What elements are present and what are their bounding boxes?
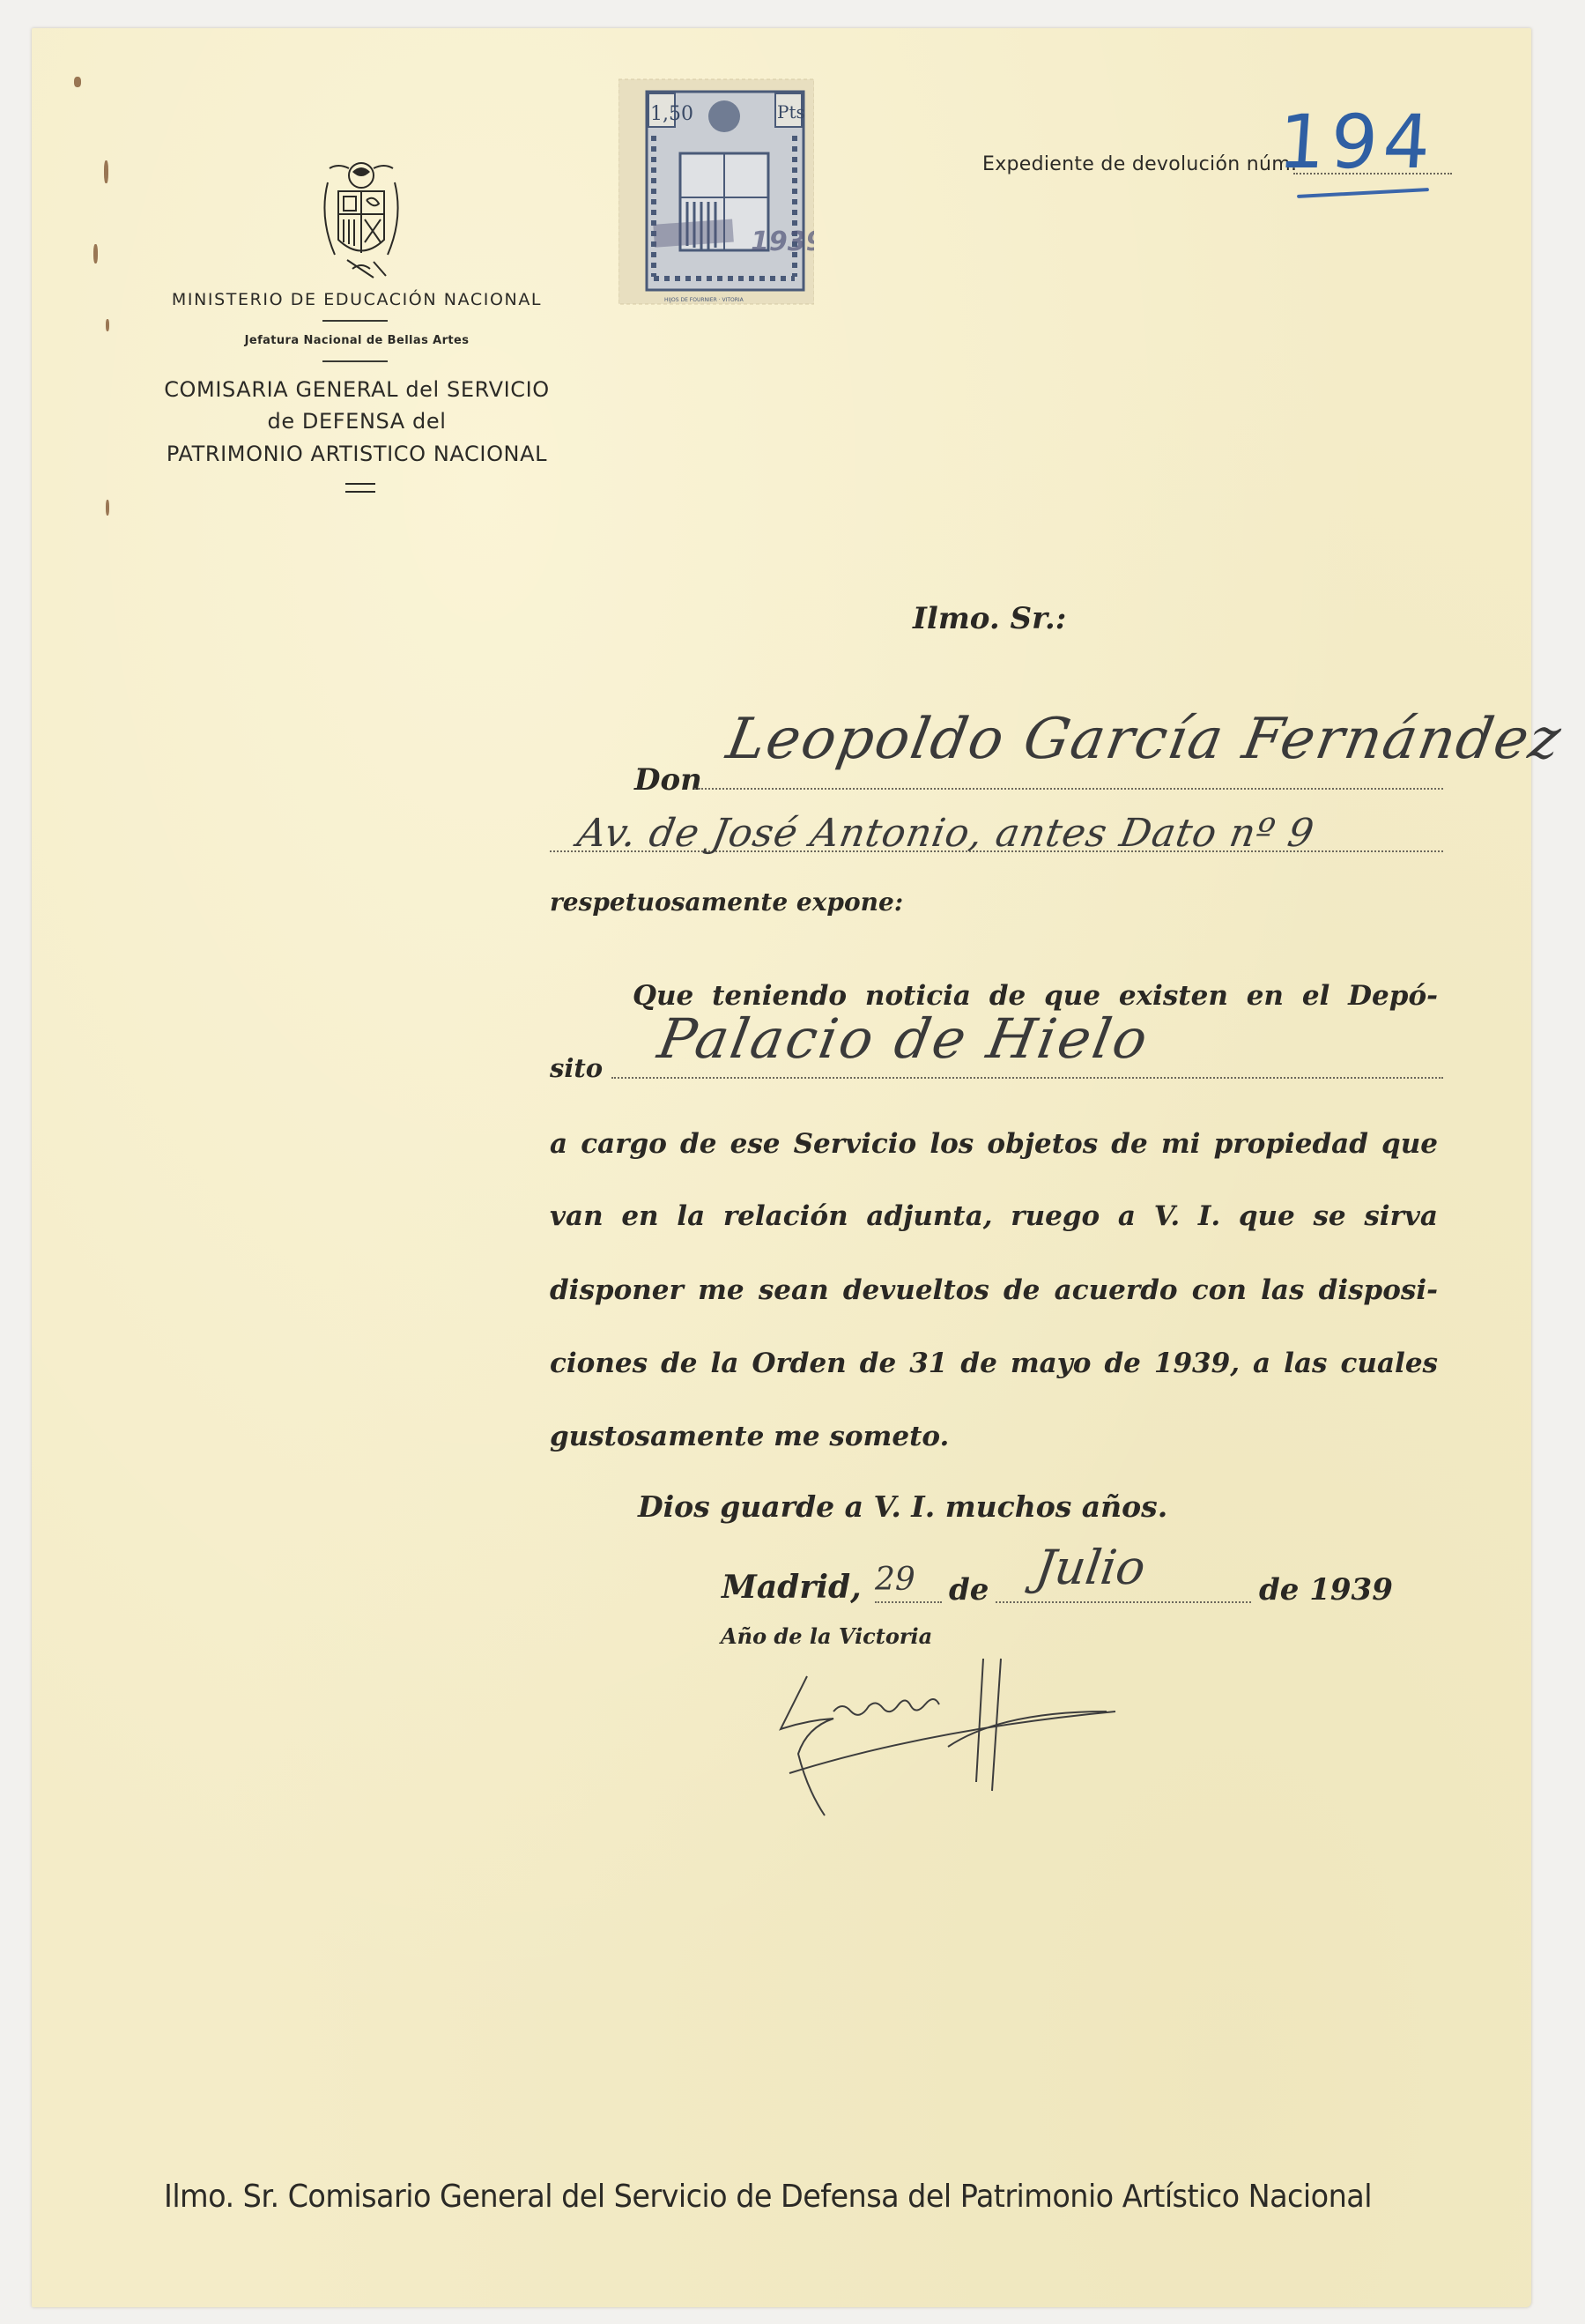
closing-blessing: Dios guarde a V. I. muchos años. (638, 1489, 1167, 1524)
expediente-number: 194 (1276, 99, 1439, 185)
paper-stain (106, 319, 109, 331)
closing-de: de (949, 1572, 989, 1607)
body-line-4: van en la relación adjunta, ruego a V. I… (550, 1200, 1438, 1232)
day-field-line (875, 1601, 942, 1603)
expediente-label: Expediente de devolución núm. (982, 153, 1297, 175)
deposito-name: Palacio de Hielo (654, 1006, 1155, 1071)
body-line-3: a cargo de ese Servicio los objetos de m… (550, 1128, 1438, 1160)
paper-stain (106, 500, 109, 516)
document-page: MINISTERIO DE EDUCACIÓN NACIONAL Jefatur… (32, 28, 1531, 2307)
svg-text:Leopoldo G. F.: Leopoldo G. F. (772, 1650, 857, 1653)
signature: Leopoldo G. F. (772, 1650, 1124, 1826)
salutation: Ilmo. Sr.: (913, 601, 1066, 636)
month-field-line (996, 1601, 1251, 1603)
paper-stain (74, 77, 81, 87)
divider (322, 320, 388, 322)
sito-label: sito (550, 1053, 603, 1083)
coat-of-arms-icon (312, 156, 411, 284)
closing-city: Madrid, (722, 1569, 862, 1606)
deposito-field-line (611, 1077, 1443, 1079)
name-field-line (694, 788, 1443, 790)
comisaria-heading-line1: COMISARIA GENERAL del SERVICIO (164, 377, 550, 402)
comisaria-heading-line2: de DEFENSA del (164, 409, 550, 434)
closing-year: de 1939 (1259, 1572, 1393, 1607)
divider (322, 360, 388, 362)
body-line-7: gustosamente me someto. (550, 1421, 1438, 1452)
petitioner-name: Leopoldo García Fernández (722, 707, 1566, 772)
double-rule (345, 483, 375, 493)
ministry-heading: MINISTERIO DE EDUCACIÓN NACIONAL (164, 290, 550, 309)
number-underline (1297, 188, 1429, 198)
closing-day: 29 (875, 1562, 915, 1598)
svg-text:1939: 1939 (751, 226, 814, 257)
respectfully-line: respetuosamente expone: (550, 887, 1438, 917)
revenue-stamp-icon: 1,50 Pts HIJOS DE FOURNIER · VITORIA 193… (618, 74, 814, 308)
ano-de-la-victoria: Año de la Victoria (721, 1623, 932, 1649)
svg-text:Pts: Pts (777, 101, 805, 123)
body-line-6: ciones de la Orden de 31 de mayo de 1939… (550, 1348, 1438, 1379)
jefatura-heading: Jefatura Nacional de Bellas Artes (164, 334, 550, 347)
don-label: Don (634, 762, 702, 798)
closing-month: Julio (1033, 1540, 1149, 1595)
svg-text:1,50: 1,50 (650, 103, 693, 125)
petitioner-address: Av. de José Antonio, antes Dato nº 9 (574, 811, 1318, 856)
paper-stain (93, 244, 98, 264)
svg-text:HIJOS DE FOURNIER · VITORIA: HIJOS DE FOURNIER · VITORIA (664, 297, 744, 303)
comisaria-heading-line3: PATRIMONIO ARTISTICO NACIONAL (164, 442, 550, 466)
paper-stain (104, 160, 108, 183)
body-line-5: disponer me sean devueltos de acuerdo co… (550, 1274, 1438, 1306)
addressee-footer: Ilmo. Sr. Comisario General del Servicio… (164, 2179, 1372, 2215)
